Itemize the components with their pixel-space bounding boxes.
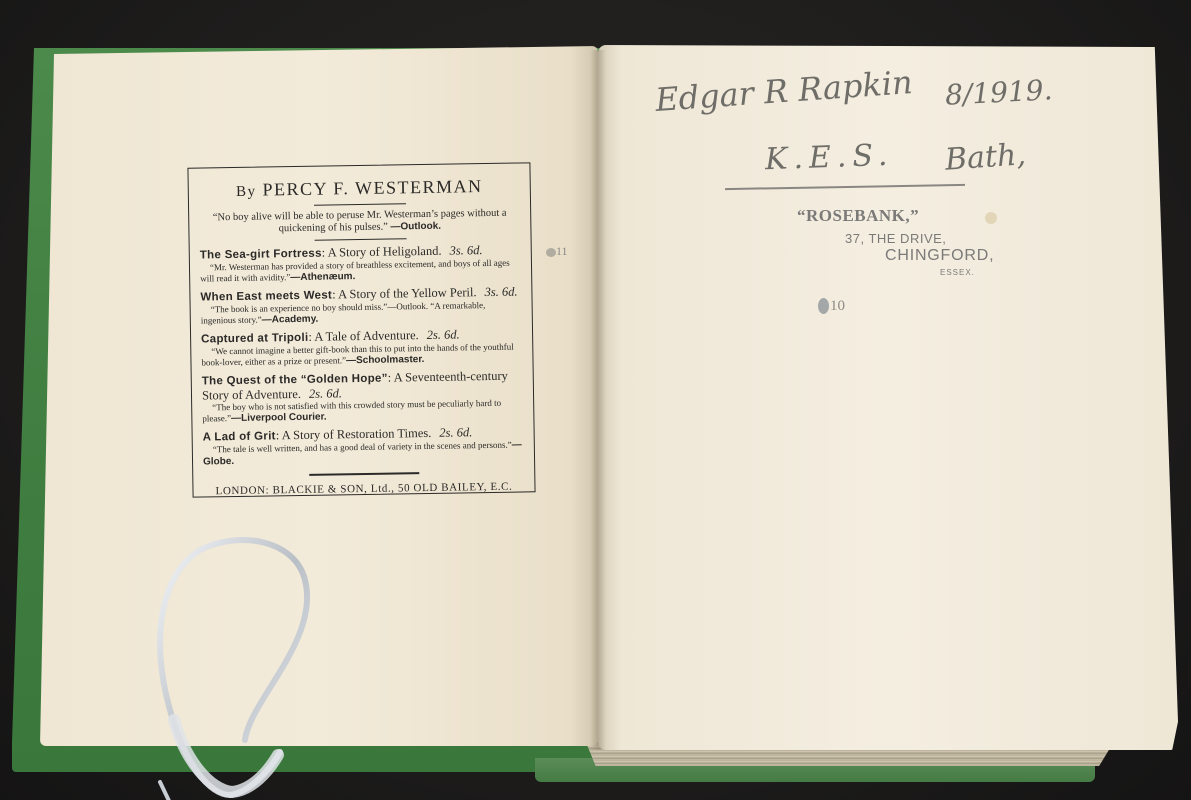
book-subtitle: : A Story of Restoration Times. [276,426,432,442]
pencil-page-mark: 10 [830,298,845,315]
book-listing: When East meets West: A Story of the Yel… [200,285,522,327]
book-price: 2s. 6d. [309,387,342,402]
review-source: —Schoolmaster. [346,354,425,366]
book-review: “The book is an experience no boy should… [201,300,486,325]
book-listing: The Sea-girt Fortress: A Story of Heligo… [200,243,522,285]
review-source: —Liverpool Courier. [231,411,327,423]
book-price: 3s. 6d. [449,243,482,258]
book-price: 2s. 6d. [439,426,472,441]
divider [309,472,419,475]
divider [314,203,406,206]
book-subtitle: : A Story of the Yellow Peril. [332,286,477,302]
book-subtitle: : A Story of Heligoland. [322,244,442,260]
book-listing: A Lad of Grit: A Story of Restoration Ti… [203,425,525,468]
stamp-street: 37, THE DRIVE, [845,231,946,246]
stamp-town: CHINGFORD, [885,247,994,265]
divider [314,238,406,241]
book-price: 3s. 6d. [484,285,517,300]
review-source: —Academy. [262,314,319,326]
book-title: The Quest of the “Golden Hope” [202,373,388,388]
ad-heading-by: By [236,184,257,200]
intro-quote: “No boy alive will be able to peruse Mr.… [199,208,520,237]
ink-stain [818,298,829,314]
ink-stain [546,248,556,257]
stamp-county: ESSEX. [940,268,975,277]
book-listing: The Quest of the “Golden Hope”: A Sevent… [202,369,524,425]
book-price: 2s. 6d. [427,328,460,343]
publisher-advertisement: By PERCY F. WESTERMAN “No boy alive will… [187,162,535,497]
book-gutter [590,50,606,750]
inscription-school: K.E.S. [764,138,894,177]
book-title: Captured at Tripoli [201,332,308,346]
book-title: When East meets West [200,290,332,304]
inscription-place: Bath, [944,137,1027,178]
book-title: The Sea-girt Fortress [200,248,322,262]
intro-quote-text: “No boy alive will be able to peruse Mr.… [213,208,507,235]
pencil-page-mark: 11 [556,244,568,259]
book-title: A Lad of Grit [203,431,276,444]
intro-quote-source: —Outlook. [390,221,441,233]
ad-heading: By PERCY F. WESTERMAN [199,175,520,201]
inscription-date: 8/1919. [944,73,1053,112]
silver-bookmark-icon [140,520,340,800]
review-source: —Athenæum. [290,271,355,283]
book-listing: Captured at Tripoli: A Tale of Adventure… [201,327,523,369]
foxing-spot [985,212,997,224]
stamp-house-name: “ROSEBANK,” [797,206,919,226]
ad-heading-author: PERCY F. WESTERMAN [262,176,482,199]
book-photo: By PERCY F. WESTERMAN “No boy alive will… [0,0,1191,800]
book-subtitle: : A Tale of Adventure. [308,328,419,344]
